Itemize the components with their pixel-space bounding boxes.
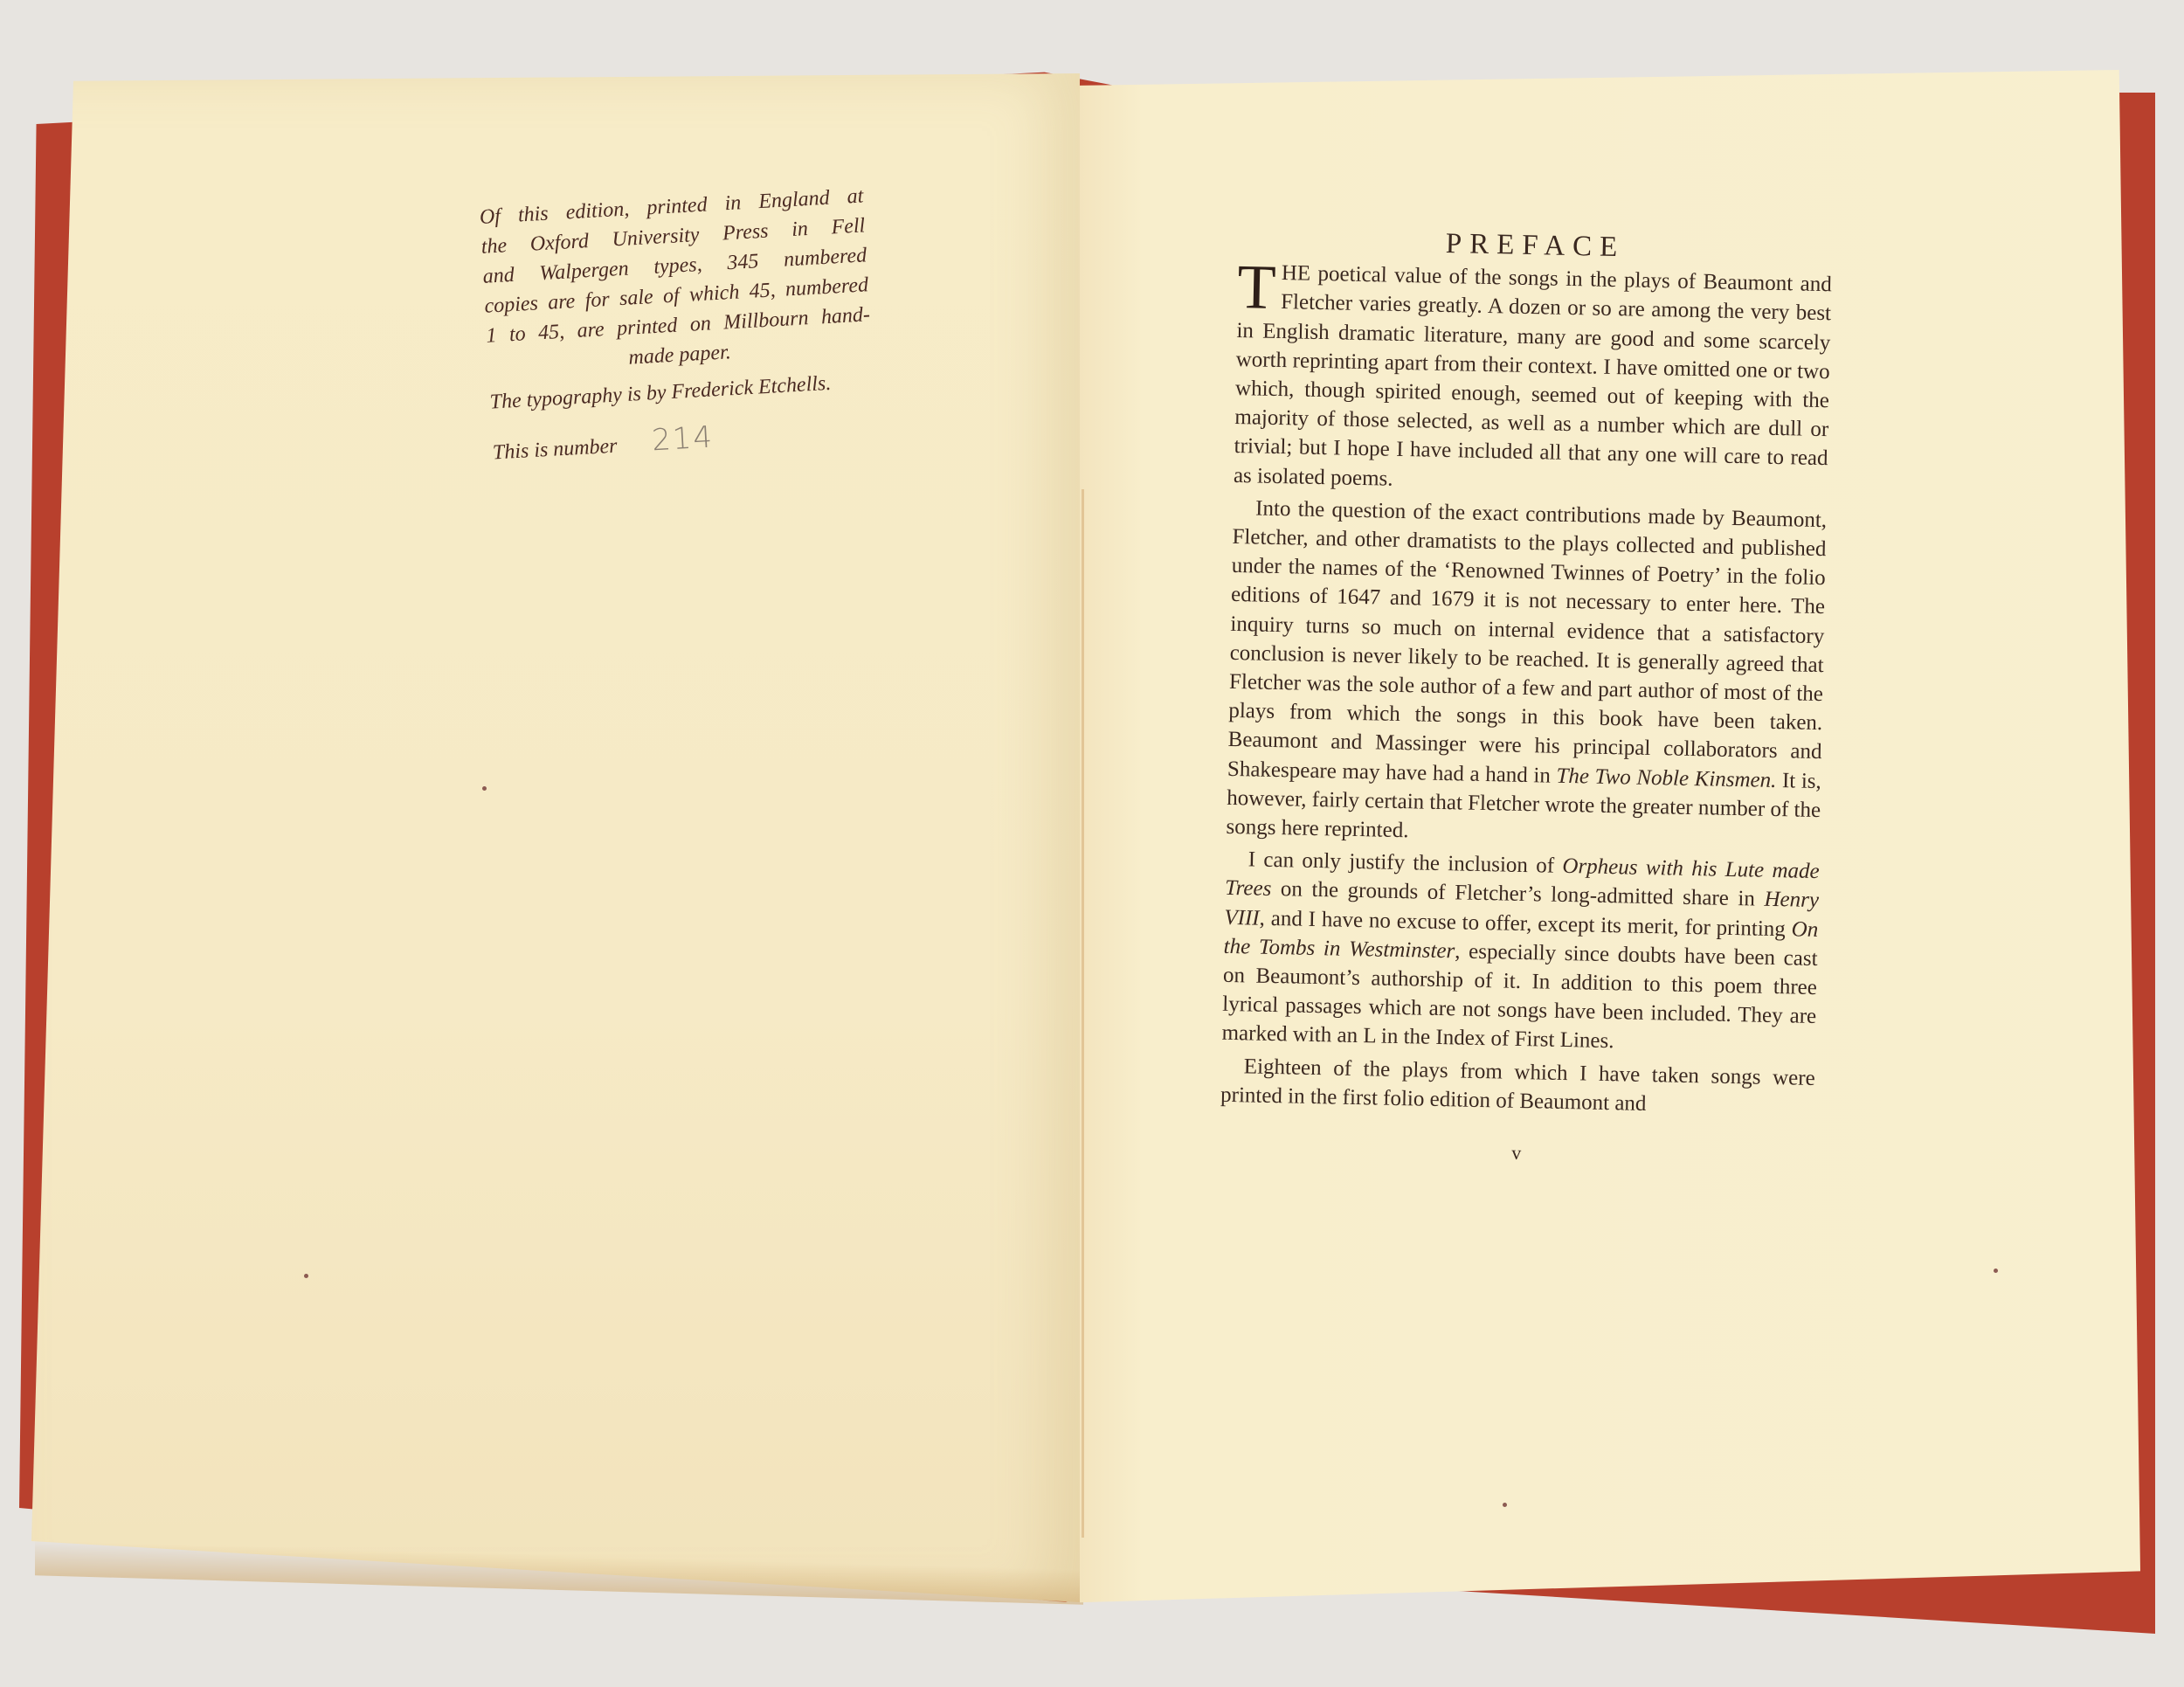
paragraph-4: Eighteen of the plays from which I have …	[1220, 1051, 1815, 1122]
colophon: Of this edition, printed in England at t…	[479, 181, 877, 467]
paragraph-text: HE poetical value of the songs in the pl…	[1234, 261, 1832, 490]
copy-number-handwritten: 214	[651, 422, 715, 455]
paragraph-text: Eighteen of the plays from which I have …	[1220, 1054, 1815, 1116]
preface: PREFACE THE poetical value of the songs …	[1220, 225, 1833, 1173]
paragraph-3: I can only justify the inclusion of Orph…	[1221, 845, 1820, 1061]
drop-cap: T	[1237, 261, 1276, 313]
open-book: Of this edition, printed in England at t…	[0, 0, 2184, 1687]
paragraph-text: Into the question of the exact contribut…	[1227, 496, 1828, 787]
paragraph-text: I can only justify the inclusion of	[1248, 848, 1563, 879]
paper-speck	[304, 1274, 308, 1278]
paper-speck	[1503, 1503, 1507, 1507]
paper-speck	[1994, 1269, 1998, 1273]
paragraph-2: Into the question of the exact contribut…	[1226, 494, 1827, 854]
paragraph-text: on the grounds of Fletcher’s long-admitt…	[1271, 877, 1765, 911]
spine-gutter	[1082, 489, 1084, 1538]
italic-title: The Two Noble Kinsmen.	[1556, 764, 1776, 792]
paper-speck	[482, 786, 487, 791]
paragraph-text: , and I have no excuse to offer, except …	[1259, 906, 1792, 941]
paragraph-1: THE poetical value of the songs in the p…	[1234, 258, 1832, 502]
